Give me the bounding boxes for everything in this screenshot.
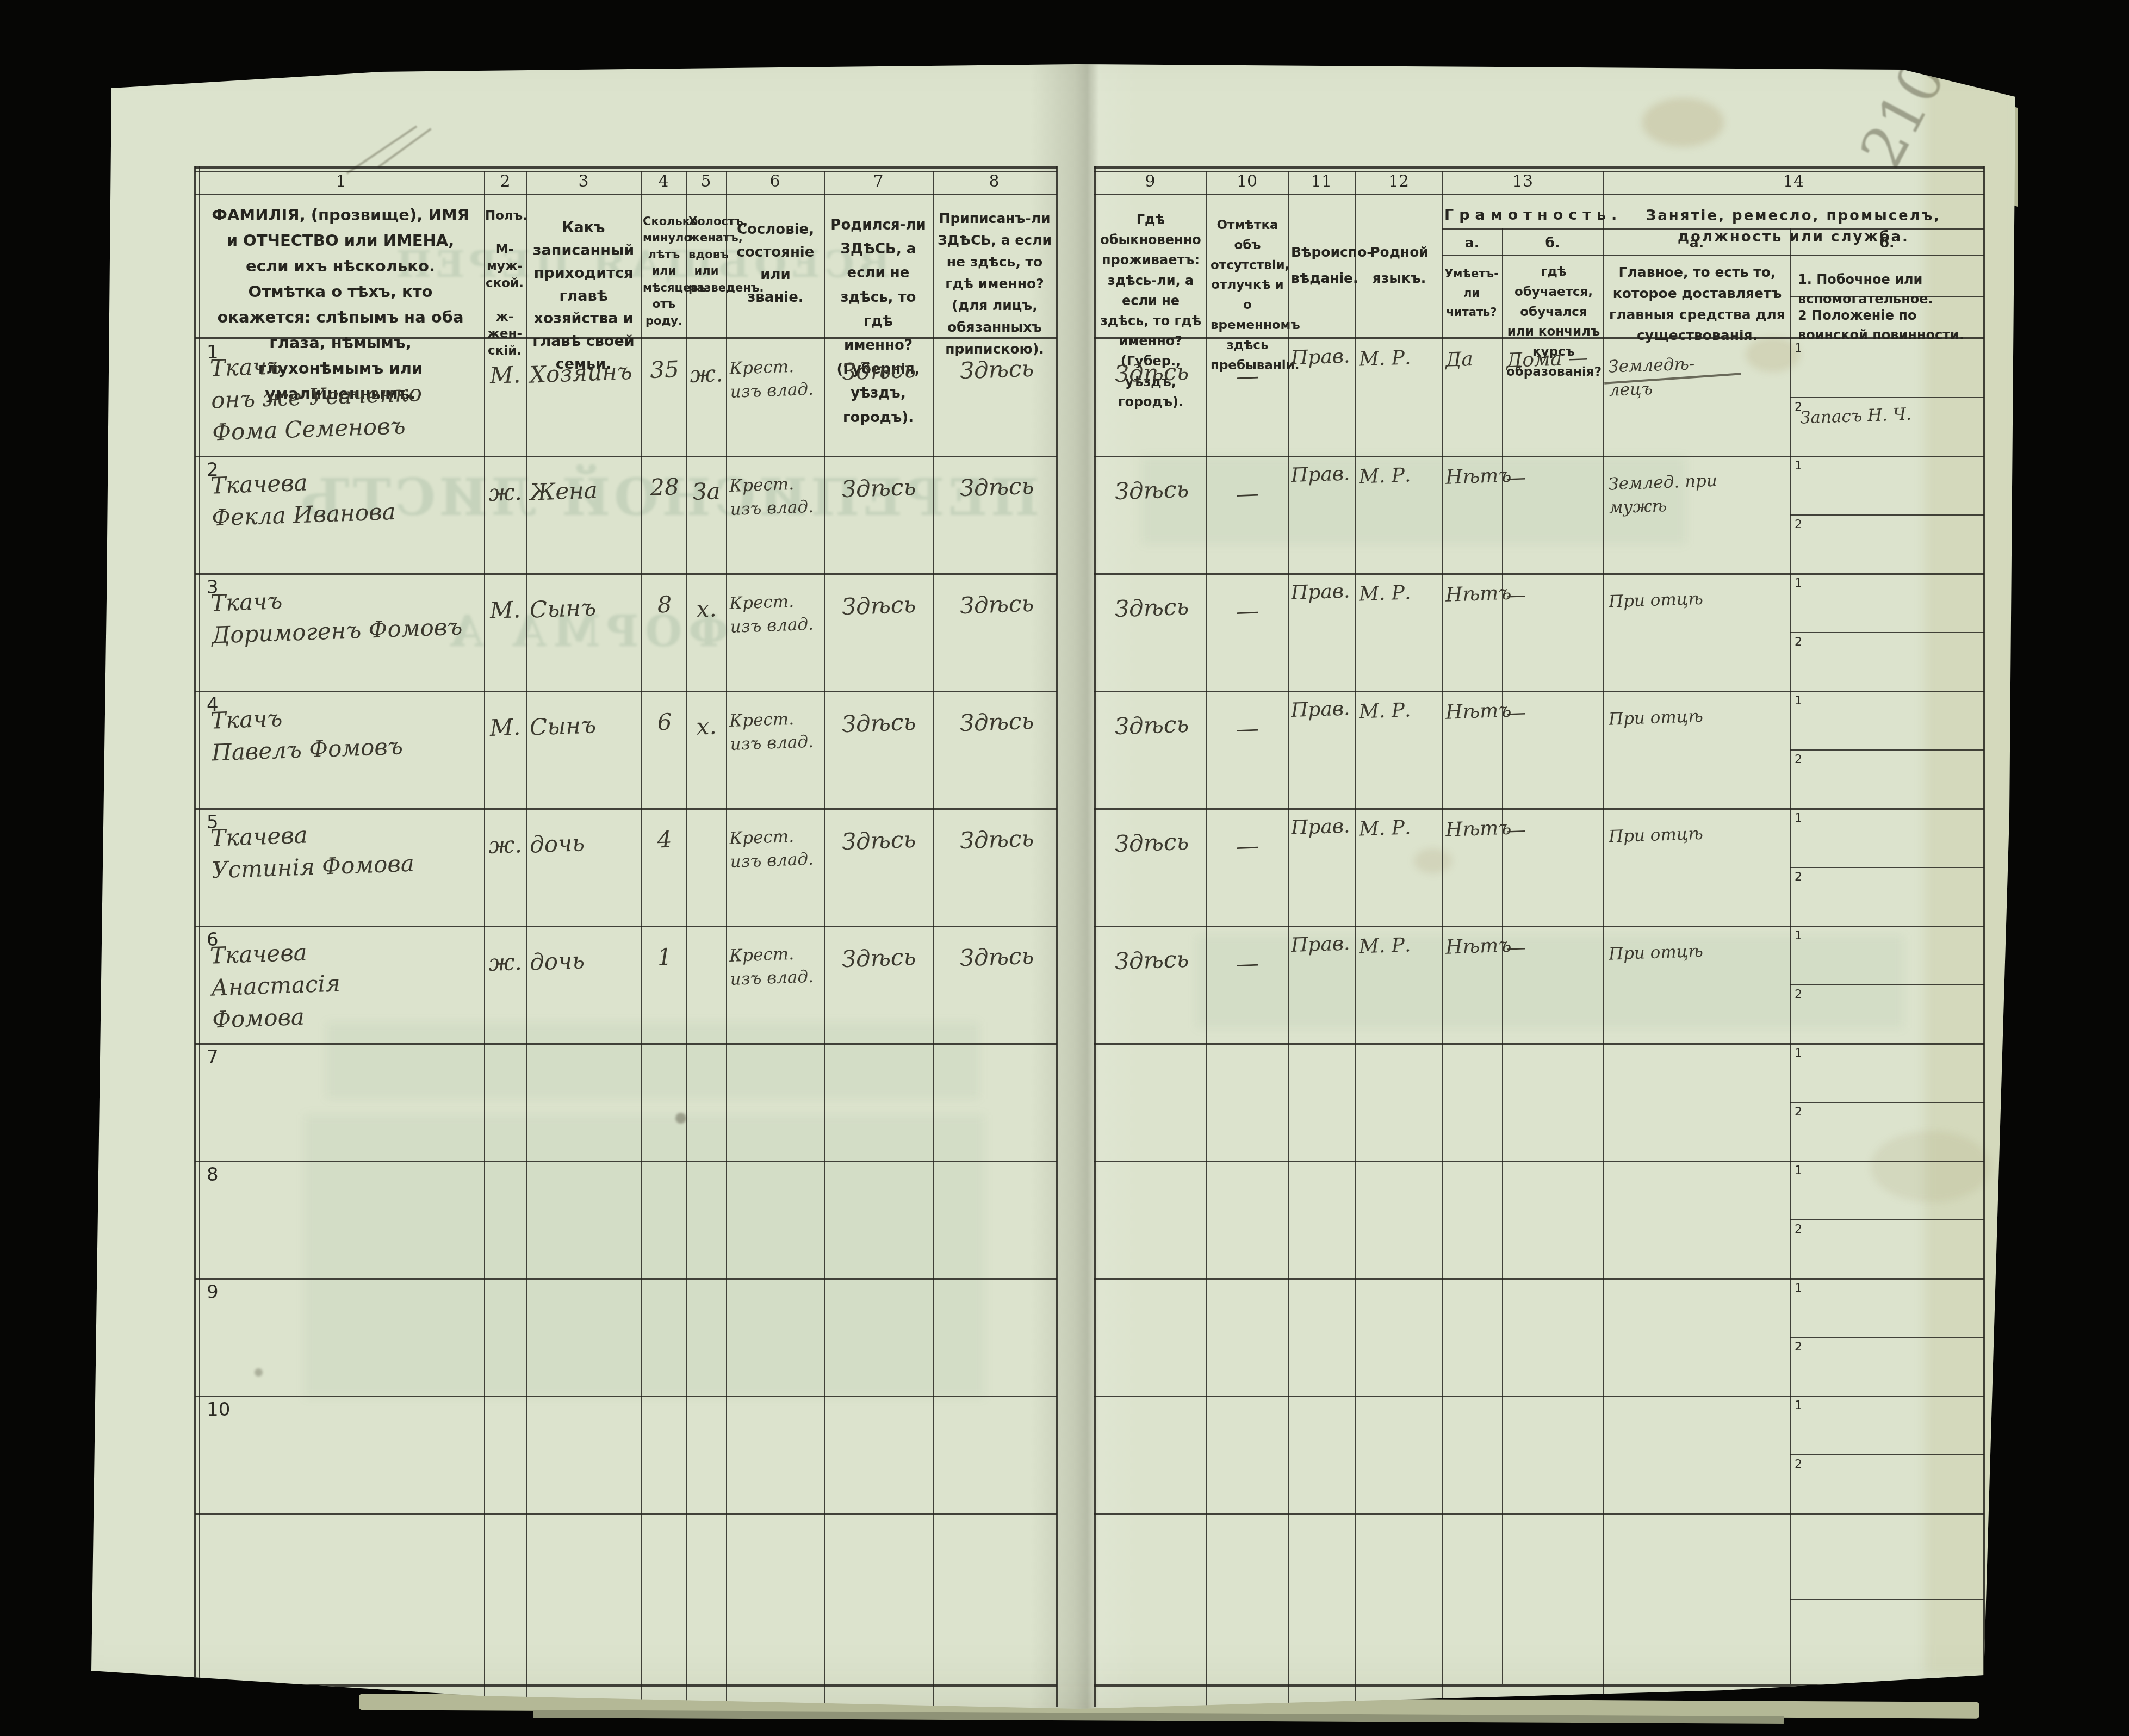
entry-education: — <box>1506 696 1603 728</box>
col-number-11: 11 <box>1305 172 1338 191</box>
grid-line <box>195 573 1057 575</box>
entry-birthplace: Здѣсь <box>826 469 932 507</box>
col-header-age: Сколько минуло лѣтъ или мѣсяцевъ отъ род… <box>643 213 685 329</box>
entry-occupation: При отцѣ <box>1608 819 1788 849</box>
literacy-sub-a-label: а. <box>1444 233 1500 253</box>
entry-education: — <box>1506 813 1603 846</box>
entry-residence: Здѣсь <box>1097 706 1207 745</box>
sub-row-label-2: 2 <box>1795 753 1811 766</box>
entry-relation: Сынъ <box>529 588 644 627</box>
entry-absence: — <box>1209 593 1286 630</box>
entry-birthplace: Здѣсь <box>826 587 932 625</box>
col-header-occupation-main: Главное, то есть то, которое доставляетъ… <box>1607 262 1787 346</box>
col-header-estate: Сословіе, состояніе или званіе. <box>731 219 820 309</box>
entry-age: 6 <box>642 704 687 740</box>
entry-can-read: Нѣтъ <box>1445 579 1501 610</box>
entry-residence: Здѣсь <box>1097 824 1207 862</box>
sub-row-label-1: 1 <box>1795 576 1811 590</box>
grid-line <box>686 171 687 1707</box>
sub-row-label-2: 2 <box>1795 1223 1811 1236</box>
entry-relation: Хозяинъ <box>529 354 644 392</box>
entry-marital: ж. <box>688 356 725 392</box>
grid-line <box>1094 194 1984 195</box>
grid-line <box>1094 166 1984 169</box>
entry-registered: Здѣсь <box>936 703 1058 741</box>
grid-line <box>1790 867 1984 868</box>
grid-line <box>1094 166 1096 1707</box>
entry-registered: Здѣсь <box>936 585 1058 624</box>
grid-line <box>1094 1161 1984 1162</box>
entry-occupation: При отцѣ <box>1608 584 1788 614</box>
grid-line <box>195 1513 1057 1515</box>
entry-can-read: Нѣтъ <box>1445 696 1501 728</box>
sub-row-label-1: 1 <box>1795 1399 1811 1412</box>
entry-absence: — <box>1209 358 1286 395</box>
entry-religion: Прав. <box>1290 929 1356 960</box>
entry-can-read: Нѣтъ <box>1445 814 1501 845</box>
grid-line <box>194 166 196 1707</box>
entry-relation: Сынъ <box>529 706 644 744</box>
grid-line <box>1442 171 1443 1707</box>
grid-line <box>1094 926 1984 927</box>
sub-row-label-1: 1 <box>1795 694 1811 708</box>
ghost-blur-block <box>326 1022 979 1099</box>
entry-language: М. Р. <box>1358 929 1440 962</box>
grid-line <box>1790 1219 1984 1220</box>
entry-birthplace: Здѣсь <box>826 939 932 977</box>
entry-estate: Крест. изъ влад. <box>729 589 823 640</box>
literacy-sub-b-label: б. <box>1504 233 1601 253</box>
sub-row-label-1: 1 <box>1795 1046 1811 1060</box>
entry-estate: Крест. изъ влад. <box>729 824 823 875</box>
entry-name: Ткачъ онъ же Усаченко Фома Семеновъ <box>209 341 544 449</box>
occupation-sub-a-label: а. <box>1605 233 1788 253</box>
grid-line <box>1094 1684 1984 1687</box>
photo-background: Безплатно. ВСЕОБЩАЯ ПЕРЕП ПЕРЕПИСНОЙ ЛИС… <box>0 0 2129 1736</box>
row-number-printed: 8 <box>207 1164 245 1186</box>
grid-line <box>1094 1043 1984 1045</box>
col-number-3: 3 <box>567 172 600 191</box>
sub-row-label-2: 2 <box>1795 1105 1811 1119</box>
entry-estate: Крест. изъ влад. <box>729 354 823 405</box>
entry-sex: М. <box>485 592 525 628</box>
grid-line <box>1790 1337 1984 1338</box>
entry-marital: х. <box>688 709 725 744</box>
entry-age: 1 <box>642 939 687 975</box>
row-number-printed: 10 <box>207 1399 245 1421</box>
entry-sex: ж. <box>485 945 525 980</box>
grid-line <box>1094 573 1984 575</box>
grid-line <box>1790 1102 1984 1103</box>
grid-line <box>726 171 727 1707</box>
col-number-2: 2 <box>489 172 522 191</box>
paper-stain <box>1642 98 1724 147</box>
entry-religion: Прав. <box>1290 342 1356 373</box>
sub-row-label-2: 2 <box>1795 635 1811 649</box>
grid-line <box>195 1684 1057 1687</box>
entry-religion: Прав. <box>1290 576 1356 608</box>
col-header-marital: Холостъ, женатъ, вдовъ или разведенъ. <box>688 213 724 296</box>
col-number-4: 4 <box>647 172 680 191</box>
col-number-8: 8 <box>978 172 1010 191</box>
grid-line <box>195 166 1057 169</box>
grid-line <box>1094 1278 1984 1280</box>
entry-sex: ж. <box>485 827 525 863</box>
col-number-13: 13 <box>1506 172 1539 191</box>
entry-name: Ткачева Анастасія Фомова <box>209 928 544 1036</box>
entry-age: 28 <box>642 469 687 505</box>
entry-birthplace: Здѣсь <box>826 352 932 390</box>
entry-education: — <box>1506 931 1603 963</box>
grid-line <box>195 1043 1057 1045</box>
entry-language: М. Р. <box>1358 460 1440 492</box>
sub-row-label-2: 2 <box>1795 1340 1811 1354</box>
sub-row-label-1: 1 <box>1795 1281 1811 1295</box>
col-number-9: 9 <box>1134 172 1166 191</box>
sub-row-label-2: 2 <box>1795 988 1811 1001</box>
census-form-sheet: Безплатно. ВСЕОБЩАЯ ПЕРЕП ПЕРЕПИСНОЙ ЛИС… <box>0 0 2129 1736</box>
grid-line <box>1790 632 1984 633</box>
col-header-religion: Вѣроиспо-вѣданіе. <box>1291 239 1353 291</box>
entry-occupation: При отцѣ <box>1608 702 1788 731</box>
col-number-7: 7 <box>862 172 895 191</box>
grid-line <box>1288 171 1289 1707</box>
col-header-relation: Какъ записанный приходится главѣ хозяйст… <box>531 216 636 376</box>
sub-row-label-1: 1 <box>1795 459 1811 473</box>
sub-row-label-1: 1 <box>1795 929 1811 943</box>
grid-line <box>1790 514 1984 516</box>
entry-can-read: Нѣтъ <box>1445 931 1501 963</box>
entry-estate: Крест. изъ влад. <box>729 706 823 757</box>
entry-religion: Прав. <box>1290 459 1356 491</box>
grid-line <box>1206 171 1207 1707</box>
ink-spot <box>675 1113 686 1124</box>
col-header-registered: Приписанъ-ли ЗДѢСЬ, а если не здѣсь, то … <box>936 208 1053 360</box>
entry-marital: х. <box>688 591 725 627</box>
col-number-5: 5 <box>690 172 722 191</box>
grid-line <box>195 808 1057 810</box>
grid-line <box>1790 1454 1984 1455</box>
sub-row-label-1: 1 <box>1795 1164 1811 1177</box>
entry-relation: Жена <box>529 471 644 509</box>
grid-line <box>195 456 1057 457</box>
entry-relation: дочь <box>529 941 644 979</box>
entry-sex: М. <box>485 710 525 745</box>
grid-line <box>1094 691 1984 692</box>
entry-sex: М. <box>485 357 525 393</box>
entry-marital: За <box>688 474 725 509</box>
col-header-birthplace: Родился-ли ЗДѢСЬ, а если не здѣсь, то гд… <box>828 213 929 430</box>
grid-line <box>933 171 934 1707</box>
grid-line <box>195 1396 1057 1397</box>
entry-language: М. Р. <box>1358 577 1440 609</box>
grid-line <box>1442 255 1984 256</box>
grid-line <box>1603 171 1604 1707</box>
col-number-14: 14 <box>1777 172 1810 191</box>
grid-line <box>1790 749 1984 751</box>
grid-line <box>1355 171 1356 1707</box>
entry-occupation: Землед. при мужѣ <box>1608 467 1789 520</box>
grid-line <box>199 166 200 1707</box>
grid-line <box>824 171 825 1707</box>
grid-line <box>195 1161 1057 1162</box>
grid-line <box>1790 228 1791 1684</box>
grid-line <box>1094 1396 1984 1397</box>
col-header-sex: Полъ. М-муж-ской. ж-жен-скій. <box>485 208 524 359</box>
entry-residence: Здѣсь <box>1097 354 1207 392</box>
row-number-printed: 9 <box>207 1281 245 1303</box>
entry-residence: Здѣсь <box>1097 941 1207 979</box>
col-header-absence: Отмѣтка объ отсутствіи, отлучкѣ и о врем… <box>1211 215 1284 375</box>
row-number-printed: 7 <box>207 1046 245 1068</box>
entry-birthplace: Здѣсь <box>826 822 932 860</box>
sub-row-label-1: 1 <box>1795 811 1811 825</box>
ink-spot <box>255 1368 263 1377</box>
entry-registered: Здѣсь <box>936 350 1058 389</box>
entry-can-read: Да <box>1445 344 1501 375</box>
entry-can-read: Нѣтъ <box>1445 461 1501 493</box>
entry-registered: Здѣсь <box>936 938 1058 976</box>
grid-line <box>1790 984 1984 985</box>
entry-age: 35 <box>642 352 687 388</box>
grid-line <box>1790 397 1984 398</box>
grid-line <box>1094 808 1984 810</box>
sub-row-label-2: 2 <box>1795 870 1811 884</box>
sub-row-label-2: 2 <box>1795 400 1811 414</box>
col-header-literacy-group: Грамотность. <box>1444 204 1601 227</box>
entry-absence: — <box>1209 828 1286 865</box>
col-number-10: 10 <box>1231 172 1263 191</box>
entry-registered: Здѣсь <box>936 468 1058 506</box>
entry-absence: — <box>1209 945 1286 982</box>
col-number-1: 1 <box>325 172 357 191</box>
entry-estate: Крест. изъ влад. <box>729 941 823 992</box>
col-number-6: 6 <box>759 172 791 191</box>
ghost-blur-block <box>305 1115 984 1398</box>
col-header-can-read: Умѣетъ-ли читать? <box>1444 264 1499 323</box>
entry-education: — <box>1506 461 1603 493</box>
grid-line <box>1094 1513 1984 1515</box>
grid-line <box>1094 171 1984 172</box>
grid-line <box>1056 166 1058 1707</box>
entry-education: — <box>1506 578 1603 611</box>
entry-absence: — <box>1209 475 1286 512</box>
entry-religion: Прав. <box>1290 694 1356 726</box>
grid-line <box>641 171 642 1707</box>
entry-age: 8 <box>642 587 687 623</box>
col-number-12: 12 <box>1382 172 1415 191</box>
col-header-language: Родной языкъ. <box>1360 239 1439 291</box>
occupation-sub-b-label: б. <box>1792 233 1982 253</box>
entry-education: Дома — <box>1506 343 1603 376</box>
col-header-occupation-side: 1. Побочное или вспомогательное. <box>1798 270 1982 309</box>
entry-registered: Здѣсь <box>936 820 1058 859</box>
entry-residence: Здѣсь <box>1097 589 1207 627</box>
entry-absence: — <box>1209 710 1286 747</box>
entry-relation: дочь <box>529 823 644 861</box>
ghost-text-free: Безплатно. <box>326 35 433 54</box>
entry-birthplace: Здѣсь <box>826 704 932 742</box>
sub-row-label-2: 2 <box>1795 518 1811 531</box>
sub-row-label-2: 2 <box>1795 1458 1811 1471</box>
grid-line <box>195 1278 1057 1280</box>
grid-line <box>195 171 1057 172</box>
entry-residence: Здѣсь <box>1097 472 1207 510</box>
entry-language: М. Р. <box>1358 695 1440 727</box>
grid-line <box>1094 456 1984 457</box>
grid-line <box>195 926 1057 927</box>
paper-stain <box>1414 848 1452 873</box>
entry-religion: Прав. <box>1290 811 1356 843</box>
grid-line <box>195 194 1057 195</box>
entry-sex: ж. <box>485 475 525 510</box>
sub-row-label-1: 1 <box>1795 342 1811 355</box>
grid-line <box>195 691 1057 692</box>
entry-language: М. Р. <box>1358 342 1440 374</box>
grid-line <box>1790 1599 1984 1600</box>
entry-language: М. Р. <box>1358 812 1440 844</box>
col-header-military-status: 2 Положеніе по воинской повинности. <box>1798 306 1982 345</box>
entry-age: 4 <box>642 822 687 858</box>
entry-estate: Крест. изъ влад. <box>729 472 823 522</box>
